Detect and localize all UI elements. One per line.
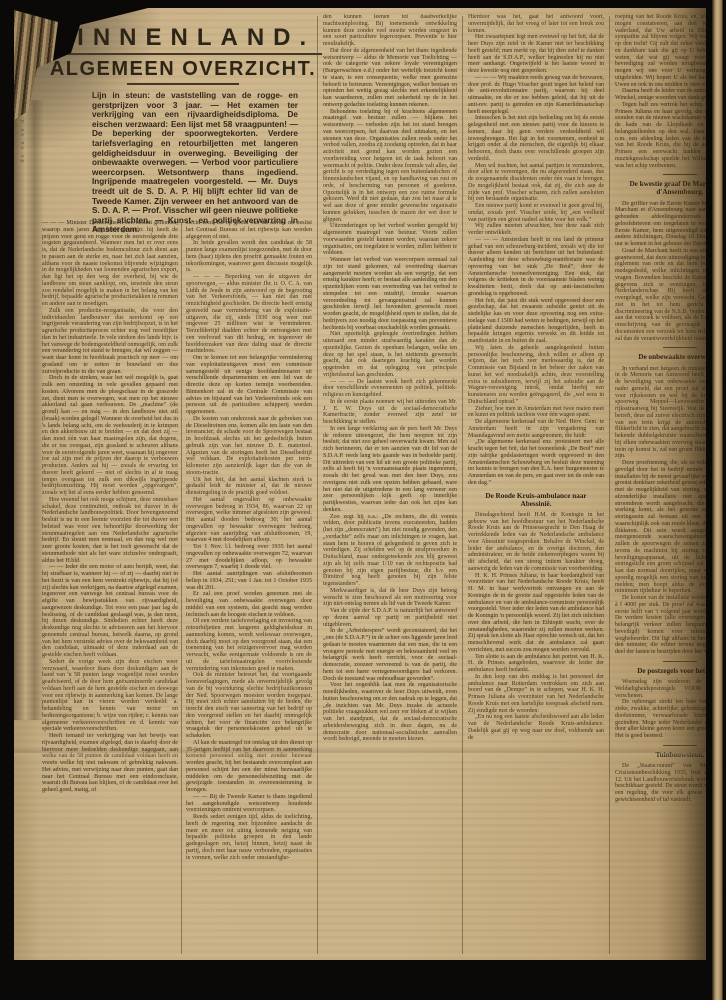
article-paragraph: Hierdoor was het, gaat het antwoord voor… [468, 14, 604, 34]
article-paragraph: „En nu nog een laatste afscheidswoord aa… [468, 714, 604, 741]
article-heading: De onbewaakte overwegen. [618, 353, 707, 361]
article-paragraph: Het aantal ongevallen op onbewaakte over… [186, 497, 312, 544]
article-paragraph: Zoo zegt hij o.a.: „De rechters, die dit… [323, 514, 457, 588]
article-paragraph: Van de zijde der S.D.A.P. is natuurlijk … [323, 608, 457, 628]
article-paragraph: — — Bij de Tweede Kamer is thans ingedie… [186, 794, 312, 814]
article-paragraph: In de „Arbeiderspers” wordt geconstateer… [323, 628, 457, 682]
article-paragraph: Het aantal aanrijdingen van afsluitboome… [186, 571, 312, 591]
article-paragraph: Graaf de Marchant heeft in een uitvoerig… [615, 248, 707, 343]
article-paragraph: In verband met hetgeen de minister van W… [615, 366, 707, 461]
article-paragraph: Uit het feit, dat het aantal klachten st… [186, 477, 312, 497]
article-paragraph: slecht reed. En op grond van dit advies … [186, 220, 312, 240]
article-paragraph: „De algemeene kerkeraad enz. protesteert… [468, 439, 604, 486]
article-paragraph: den kunnen leenen tot daadwerkelijke mac… [323, 14, 457, 48]
article-paragraph: Dat door de algemeenheid van het thans i… [323, 48, 457, 109]
column-divider [317, 16, 318, 954]
article-paragraph: Hoe vreemd het ook moge schijnen, deze o… [42, 497, 178, 565]
article-paragraph: Uitzonderingen op het verbod worden gere… [323, 223, 457, 257]
news-column-4: Hierdoor was het, gaat het antwoord voor… [468, 14, 604, 956]
column-divider [181, 222, 182, 954]
article-paragraph: Of een verdere tariefsverlaging en invoe… [186, 618, 312, 672]
section-title: BINNENLAND. [42, 24, 324, 51]
article-paragraph: De kosten van onderzoek naar de gebreken… [186, 416, 312, 477]
separator-rule [663, 661, 697, 662]
article-paragraph: Wanneer het verbod van weercorpsen eenma… [323, 257, 457, 331]
separator-rule [663, 347, 697, 348]
article-paragraph: — — — Wij maakten reeds gewag van de bez… [468, 75, 604, 116]
column-divider [609, 16, 610, 954]
article-paragraph: De kosten van de installatie worden gesc… [615, 595, 707, 656]
article-paragraph: Om te komen tot een belangrijke verminde… [186, 355, 312, 416]
article-paragraph: Wij zullen moeten afwachten, hoe deze za… [468, 223, 604, 237]
article-paragraph: — — — Beperking van de uitgaven der spoo… [186, 274, 312, 355]
article-paragraph: Behoudens toelating bij of krachtens alg… [323, 109, 457, 224]
article-paragraph: Deze proefneming, die, als ze voldoet, z… [615, 460, 707, 595]
article-paragraph: — — — Minister Deckers heeft een besluit… [42, 220, 178, 308]
article-paragraph: Zulk een productie-reorganisatie, die vo… [42, 308, 178, 376]
article-paragraph: — — — De laatste week heeft zich gekenme… [323, 379, 457, 399]
article-paragraph: Het feit, dat juist dit stuk werd opgevo… [468, 298, 604, 345]
article-paragraph: De „Staatscourant” van Maandag bevat: Cr… [615, 763, 707, 804]
article-paragraph: Tegen half zes vertrok het schip, nageke… [615, 102, 707, 170]
article-paragraph: Intusschen is het niet zijn bedoeling om… [468, 115, 604, 162]
article-paragraph: De griffier van de Eerste Kamer heeft aa… [615, 201, 707, 248]
newspaper-paper: de va ve d BINNENLAND. ALGEMEEN OVERZICH… [14, 8, 706, 960]
article-paragraph: H. K. H. Prinses Juliana, in haar hoedan… [468, 573, 604, 654]
article-paragraph: Woensdag zijn wederom de bekende serie W… [615, 679, 707, 699]
article-paragraph: De algemeene kerkeraad van de Ned. Herv.… [468, 419, 604, 439]
article-paragraph: Ook de minister betreurt het, dat voortg… [186, 672, 312, 740]
separator-rule [663, 745, 697, 746]
article-paragraph: Reeds sedert eenigen tijd, aldus de toel… [186, 814, 312, 861]
news-column-5: roeping van het Roode Kruis, en, zooals … [615, 14, 707, 956]
article-paragraph: Een nieuwe partij komt er evenwel in gee… [468, 203, 604, 223]
article-paragraph: De opbrengst strekt ten bate van de zorg… [615, 699, 707, 740]
news-column-5-text: roeping van het Roode Kruis, en, zooals … [615, 14, 707, 804]
separator-rule [663, 174, 697, 175]
news-column-3: den kunnen leenen tot daadwerkelijke mac… [323, 14, 457, 956]
article-paragraph: Merkwaardiger is, dat de heer Duys zijn … [323, 588, 457, 608]
article-paragraph: Daarna heeft de leider van de ambulance,… [615, 88, 707, 102]
article-paragraph: Men wil trachten, het aantal partijen te… [468, 163, 604, 204]
lede-paragraph: Lijn in steun: de vaststelling van de ro… [92, 91, 298, 235]
article-paragraph: — — — Amsterdam heeft in ons land de pri… [468, 237, 604, 298]
article-paragraph: Het zwaartepunt legt men evenwel op het … [468, 34, 604, 75]
article-paragraph: In den loop van den middag is het person… [468, 674, 604, 715]
article-paragraph: — — Ieder die een motor of auto berijdt,… [42, 564, 178, 659]
article-paragraph: Ziehier, hoe men in Amsterdam met twee m… [468, 406, 604, 420]
article-heading: De Roode Kruis-ambulance naar Abessinië. [471, 492, 601, 508]
article-paragraph: Er zal een proef worden genomen met de b… [186, 591, 312, 618]
left-edge-fold: de va ve d [14, 100, 44, 720]
header-rule [44, 53, 322, 55]
article-paragraph: Sedert de vorige week zijn deze eischen … [42, 659, 178, 733]
article-paragraph: Ten slotte is aan de ambulance het portr… [468, 654, 604, 674]
article-paragraph: Tot 1 Nov. l.l. bedroeg over 1935 het aa… [186, 544, 312, 571]
article-paragraph: Heeft iemand ter verkrijging van het bew… [42, 733, 178, 794]
article-paragraph: In beide gevallen wordt den candidaat de… [186, 240, 312, 274]
fold-text-fragments: de va ve d [20, 118, 27, 163]
article-paragraph: In een lange verklaring aan de pers heef… [323, 426, 457, 514]
column-divider [462, 16, 463, 954]
horizontal-crease [14, 748, 706, 758]
overview-title: ALGEMEEN OVERZICHT. [42, 58, 324, 80]
article-paragraph: roeping van het Roode Kruis, en, zooals … [615, 14, 707, 88]
article-paragraph: In de eerste plaats noemen wij het uittr… [323, 399, 457, 426]
adjacent-page-edge [712, 0, 723, 1000]
article-heading: De kwestie graaf De Marchant et d'Ansemb… [618, 180, 707, 196]
news-column-2: slecht reed. En op grond van dit advies … [186, 220, 312, 956]
article-paragraph: Wij laten de geheele aangelegenheid buit… [468, 345, 604, 406]
news-column-1: — — — Minister Deckers heeft een besluit… [42, 220, 178, 956]
article-paragraph: Voor het oogenblik laat men de organisat… [323, 682, 457, 743]
scanned-newspaper-page: de va ve d BINNENLAND. ALGEMEEN OVERZICH… [0, 0, 726, 1000]
article-heading: De postzegels voor het kind. [618, 667, 707, 675]
article-paragraph: Dinsdagochtend heeft H.M. de Koningin in… [468, 512, 604, 573]
section-header: BINNENLAND. ALGEMEEN OVERZICHT. Lijn in … [42, 24, 324, 235]
article-paragraph: Doch in de streken, waar het wèl mogelij… [42, 375, 178, 497]
article-paragraph: Niet opzettelijk gepleegde overtredingen… [323, 331, 457, 378]
overview-underline [127, 83, 239, 85]
